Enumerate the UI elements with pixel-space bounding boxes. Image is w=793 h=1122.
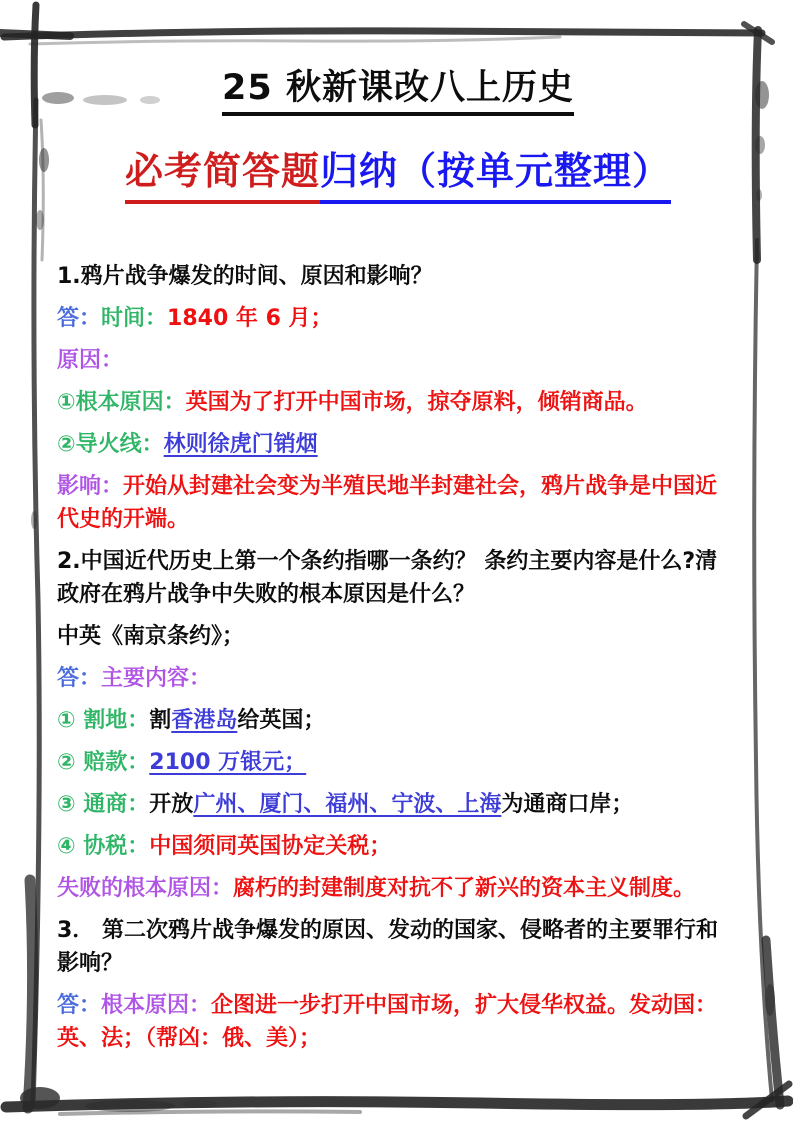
- document-subtitle: 必考简答题归纳（按单元整理）: [57, 140, 739, 204]
- text-run: 答：: [57, 666, 101, 691]
- text-run: 时间：: [101, 306, 167, 331]
- text-run: 割: [149, 708, 171, 733]
- text-run: ② 赔款：: [57, 750, 149, 775]
- document-body: 1.鸦片战争爆发的时间、原因和影响？答：时间：1840 年 6 月；原因：①根本…: [57, 260, 739, 1055]
- text-run: 给英国；: [237, 708, 325, 733]
- paragraph: 3． 第二次鸦片战争爆发的原因、发动的国家、侵略者的主要罪行和影响？: [57, 914, 739, 980]
- subtitle-blue-part: 归纳（按单元整理）: [320, 140, 671, 204]
- paragraph: ② 赔款：2100 万银元；: [57, 746, 739, 779]
- paragraph: 答：主要内容：: [57, 662, 739, 695]
- title-line1: 25 秋新课改八上历史: [222, 68, 574, 116]
- paragraph: ①根本原因：英国为了打开中国市场，掠夺原料，倾销商品。: [57, 386, 739, 419]
- text-run: 1840 年 6 月；: [167, 306, 333, 331]
- text-run: ③ 通商：: [57, 792, 149, 817]
- text-run: ②导火线：: [57, 432, 164, 457]
- text-run: 根本原因：: [101, 993, 211, 1018]
- text-run: 中英《南京条约》；: [57, 624, 244, 649]
- text-run: 失败的根本原因：: [57, 876, 233, 901]
- text-run: 腐朽的封建制度对抗不了新兴的资本主义制度。: [233, 876, 695, 901]
- paragraph: ②导火线：林则徐虎门销烟: [57, 428, 739, 461]
- text-run: 开放: [149, 792, 193, 817]
- document-content: 25 秋新课改八上历史 必考简答题归纳（按单元整理） 1.鸦片战争爆发的时间、原…: [57, 60, 739, 1064]
- underlined-text: 林则徐虎门销烟: [164, 432, 318, 457]
- text-run: ①根本原因：: [57, 390, 186, 415]
- underlined-text: 香港岛: [171, 708, 237, 733]
- text-run: 为通商口岸；: [501, 792, 633, 817]
- text-run: 主要内容：: [101, 666, 211, 691]
- paragraph: 1.鸦片战争爆发的时间、原因和影响？: [57, 260, 739, 293]
- text-run: 答：: [57, 306, 101, 331]
- text-run: ① 割地：: [57, 708, 149, 733]
- title-block: 25 秋新课改八上历史 必考简答题归纳（按单元整理）: [57, 60, 739, 204]
- paragraph: 答：时间：1840 年 6 月；: [57, 302, 739, 335]
- paragraph: 答：根本原因：企图进一步打开中国市场，扩大侵华权益。发动国：英、法；（帮凶：俄、…: [57, 989, 739, 1055]
- text-run: 英国为了打开中国市场，掠夺原料，倾销商品。: [186, 390, 648, 415]
- text-run: 原因：: [57, 348, 123, 373]
- paragraph: ④ 协税：中国须同英国协定关税；: [57, 830, 739, 863]
- underlined-text: 2100 万银元；: [149, 750, 306, 775]
- paragraph: 原因：: [57, 344, 739, 377]
- paragraph: ① 割地：割香港岛给英国；: [57, 704, 739, 737]
- paragraph: 失败的根本原因：腐朽的封建制度对抗不了新兴的资本主义制度。: [57, 872, 739, 905]
- paragraph: ③ 通商：开放广州、厦门、福州、宁波、上海为通商口岸；: [57, 788, 739, 821]
- paragraph: 2.中国近代历史上第一个条约指哪一条约？ 条约主要内容是什么?清政府在鸦片战争中…: [57, 545, 739, 611]
- text-run: 答：: [57, 993, 101, 1018]
- document-page: 25 秋新课改八上历史 必考简答题归纳（按单元整理） 1.鸦片战争爆发的时间、原…: [0, 0, 793, 1122]
- text-run: 影响：: [57, 474, 123, 499]
- paragraph: 中英《南京条约》；: [57, 620, 739, 653]
- text-run: ④ 协税：: [57, 834, 149, 859]
- subtitle-red-part: 必考简答题: [125, 140, 320, 204]
- paragraph: 影响：开始从封建社会变为半殖民地半封建社会，鸦片战争是中国近代史的开端。: [57, 470, 739, 536]
- text-run: 3． 第二次鸦片战争爆发的原因、发动的国家、侵略者的主要罪行和影响？: [57, 918, 718, 976]
- text-run: 1.鸦片战争爆发的时间、原因和影响？: [57, 264, 433, 289]
- document-title: 25 秋新课改八上历史: [57, 60, 739, 110]
- underlined-text: 广州、厦门、福州、宁波、上海: [193, 792, 501, 817]
- text-run: 中国须同英国协定关税；: [149, 834, 391, 859]
- text-run: 开始从封建社会变为半殖民地半封建社会，鸦片战争是中国近代史的开端。: [57, 474, 717, 532]
- text-run: 2.中国近代历史上第一个条约指哪一条约？ 条约主要内容是什么?清政府在鸦片战争中…: [57, 549, 717, 607]
